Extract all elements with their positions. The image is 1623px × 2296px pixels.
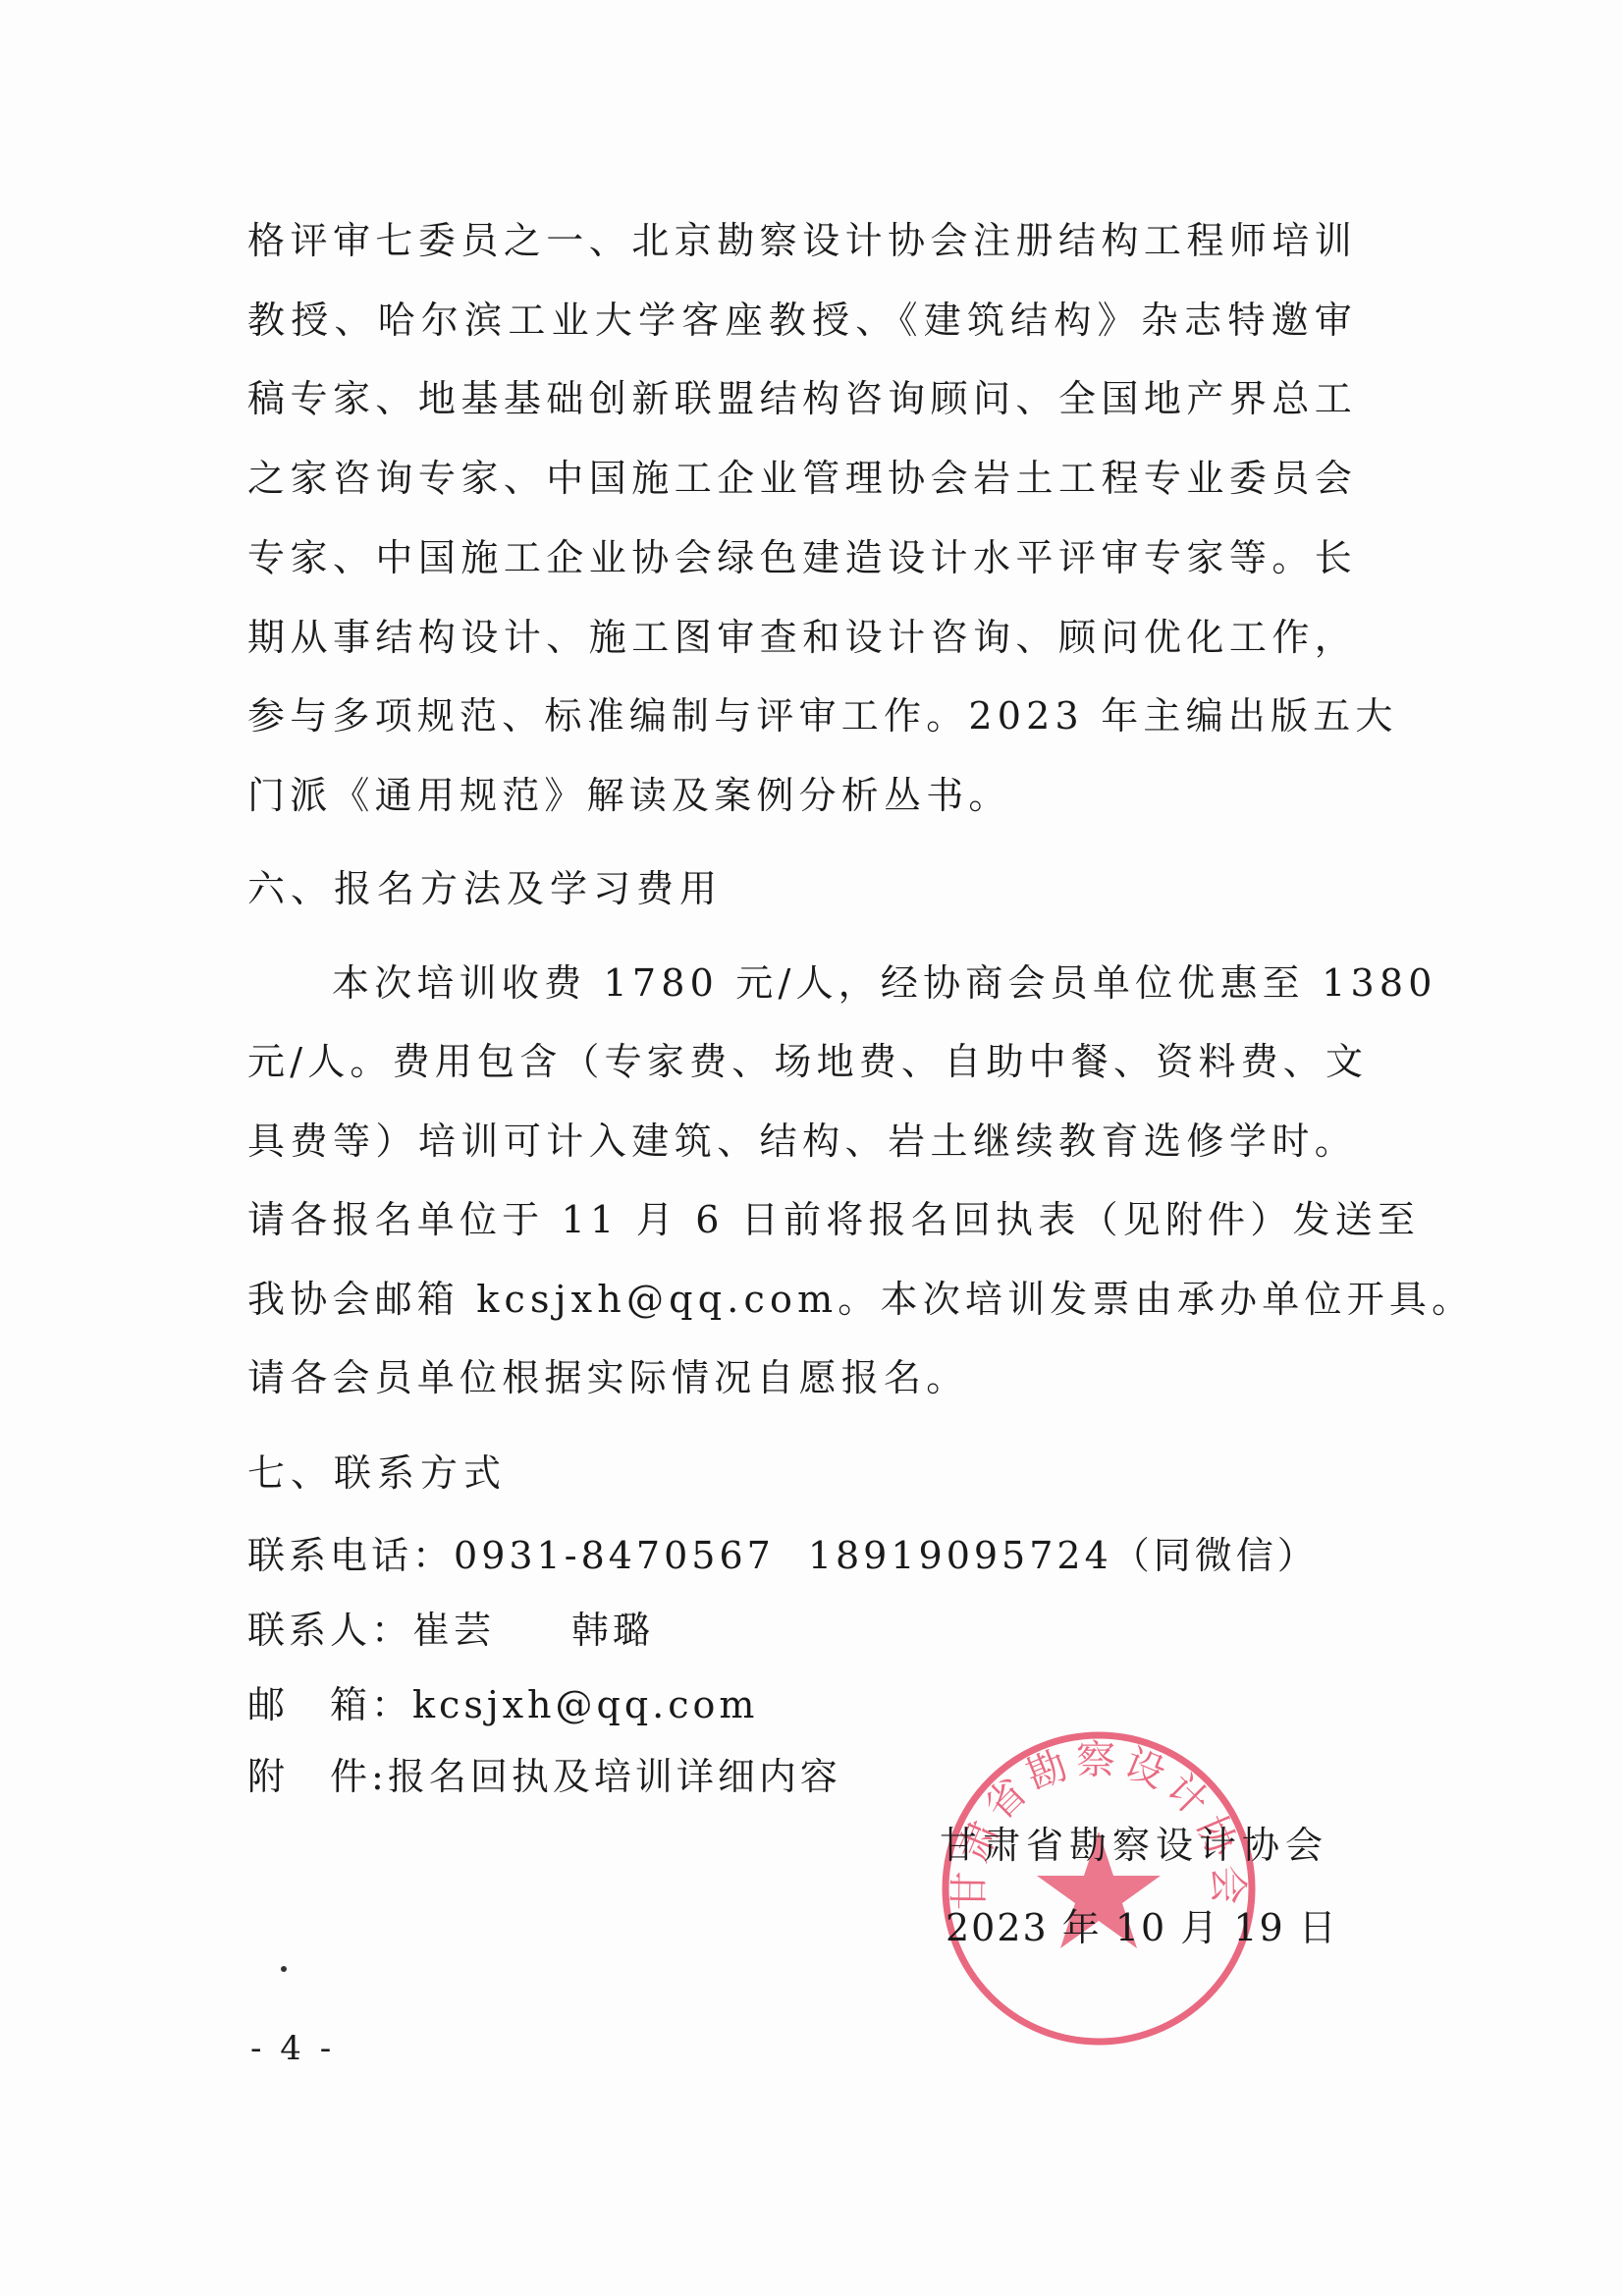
section-heading-registration: 六、报名方法及学习费用 [247,866,723,911]
body-line: 我协会邮箱 kcsjxh@qq.com。本次培训发票由承办单位开具。 [247,1277,1357,1322]
page-number: - 4 - [250,2029,335,2068]
body-line: 参与多项规范、标准编制与评审工作。2023 年主编出版五大 [247,693,1357,738]
contact-person-row: 联系人：崔芸韩璐 [247,1608,654,1653]
attachment-row: 附 件:报名回执及培训详细内容 [247,1754,841,1799]
body-line: 门派《通用规范》解读及案例分析丛书。 [247,773,1357,818]
attachment-name: 报名回执及培训详细内容 [388,1755,841,1798]
contact-phone-row: 联系电话：0931-847056718919095724（同微信） [247,1533,1319,1578]
email-label: 邮 箱： [247,1683,412,1726]
phone-landline: 0931-8470567 [454,1534,775,1577]
phone-label: 联系电话： [247,1534,454,1577]
body-line: 元/人。费用包含（专家费、场地费、自助中餐、资料费、文 [247,1039,1357,1084]
contact-person-1: 崔芸 [412,1609,495,1652]
contact-email-row: 邮 箱：kcsjxh@qq.com [247,1682,758,1727]
signature-organization: 甘肃省勘察设计协会 [940,1823,1328,1868]
email-address: kcsjxh@qq.com [412,1683,758,1726]
body-line: 请各会员单位根据实际情况自愿报名。 [247,1355,1357,1400]
body-line: 专家、中国施工企业协会绿色建造设计水平评审专家等。长 [247,535,1357,580]
document-page: 格评审七委员之一、北京勘察设计协会注册结构工程师培训 教授、哈尔滨工业大学客座教… [0,0,1623,2296]
section-heading-contact: 七、联系方式 [247,1450,507,1496]
official-seal-icon: 甘肃省勘察设计协会 [939,1728,1259,2049]
phone-mobile: 18919095724（同微信） [808,1534,1319,1577]
body-line: 请各报名单位于 11 月 6 日前将报名回执表（见附件）发送至 [247,1197,1357,1242]
body-line: 本次培训收费 1780 元/人，经协商会员单位优惠至 1380 [332,960,1357,1006]
body-line: 教授、哈尔滨工业大学客座教授、《建筑结构》杂志特邀审 [247,298,1357,343]
stray-mark [281,1966,287,1972]
body-line: 稿专家、地基基础创新联盟结构咨询顾问、全国地产界总工 [247,376,1357,421]
body-line: 期从事结构设计、施工图审查和设计咨询、顾问优化工作， [247,615,1357,660]
signature-date: 2023 年 10 月 19 日 [946,1905,1338,1950]
body-line: 格评审七委员之一、北京勘察设计协会注册结构工程师培训 [247,218,1357,263]
body-line: 之家咨询专家、中国施工企业管理协会岩土工程专业委员会 [247,456,1357,501]
body-line: 具费等）培训可计入建筑、结构、岩土继续教育选修学时。 [247,1119,1357,1164]
attachment-label: 附 件: [247,1755,388,1798]
contact-label: 联系人： [247,1609,412,1652]
contact-person-2: 韩璐 [571,1609,654,1652]
